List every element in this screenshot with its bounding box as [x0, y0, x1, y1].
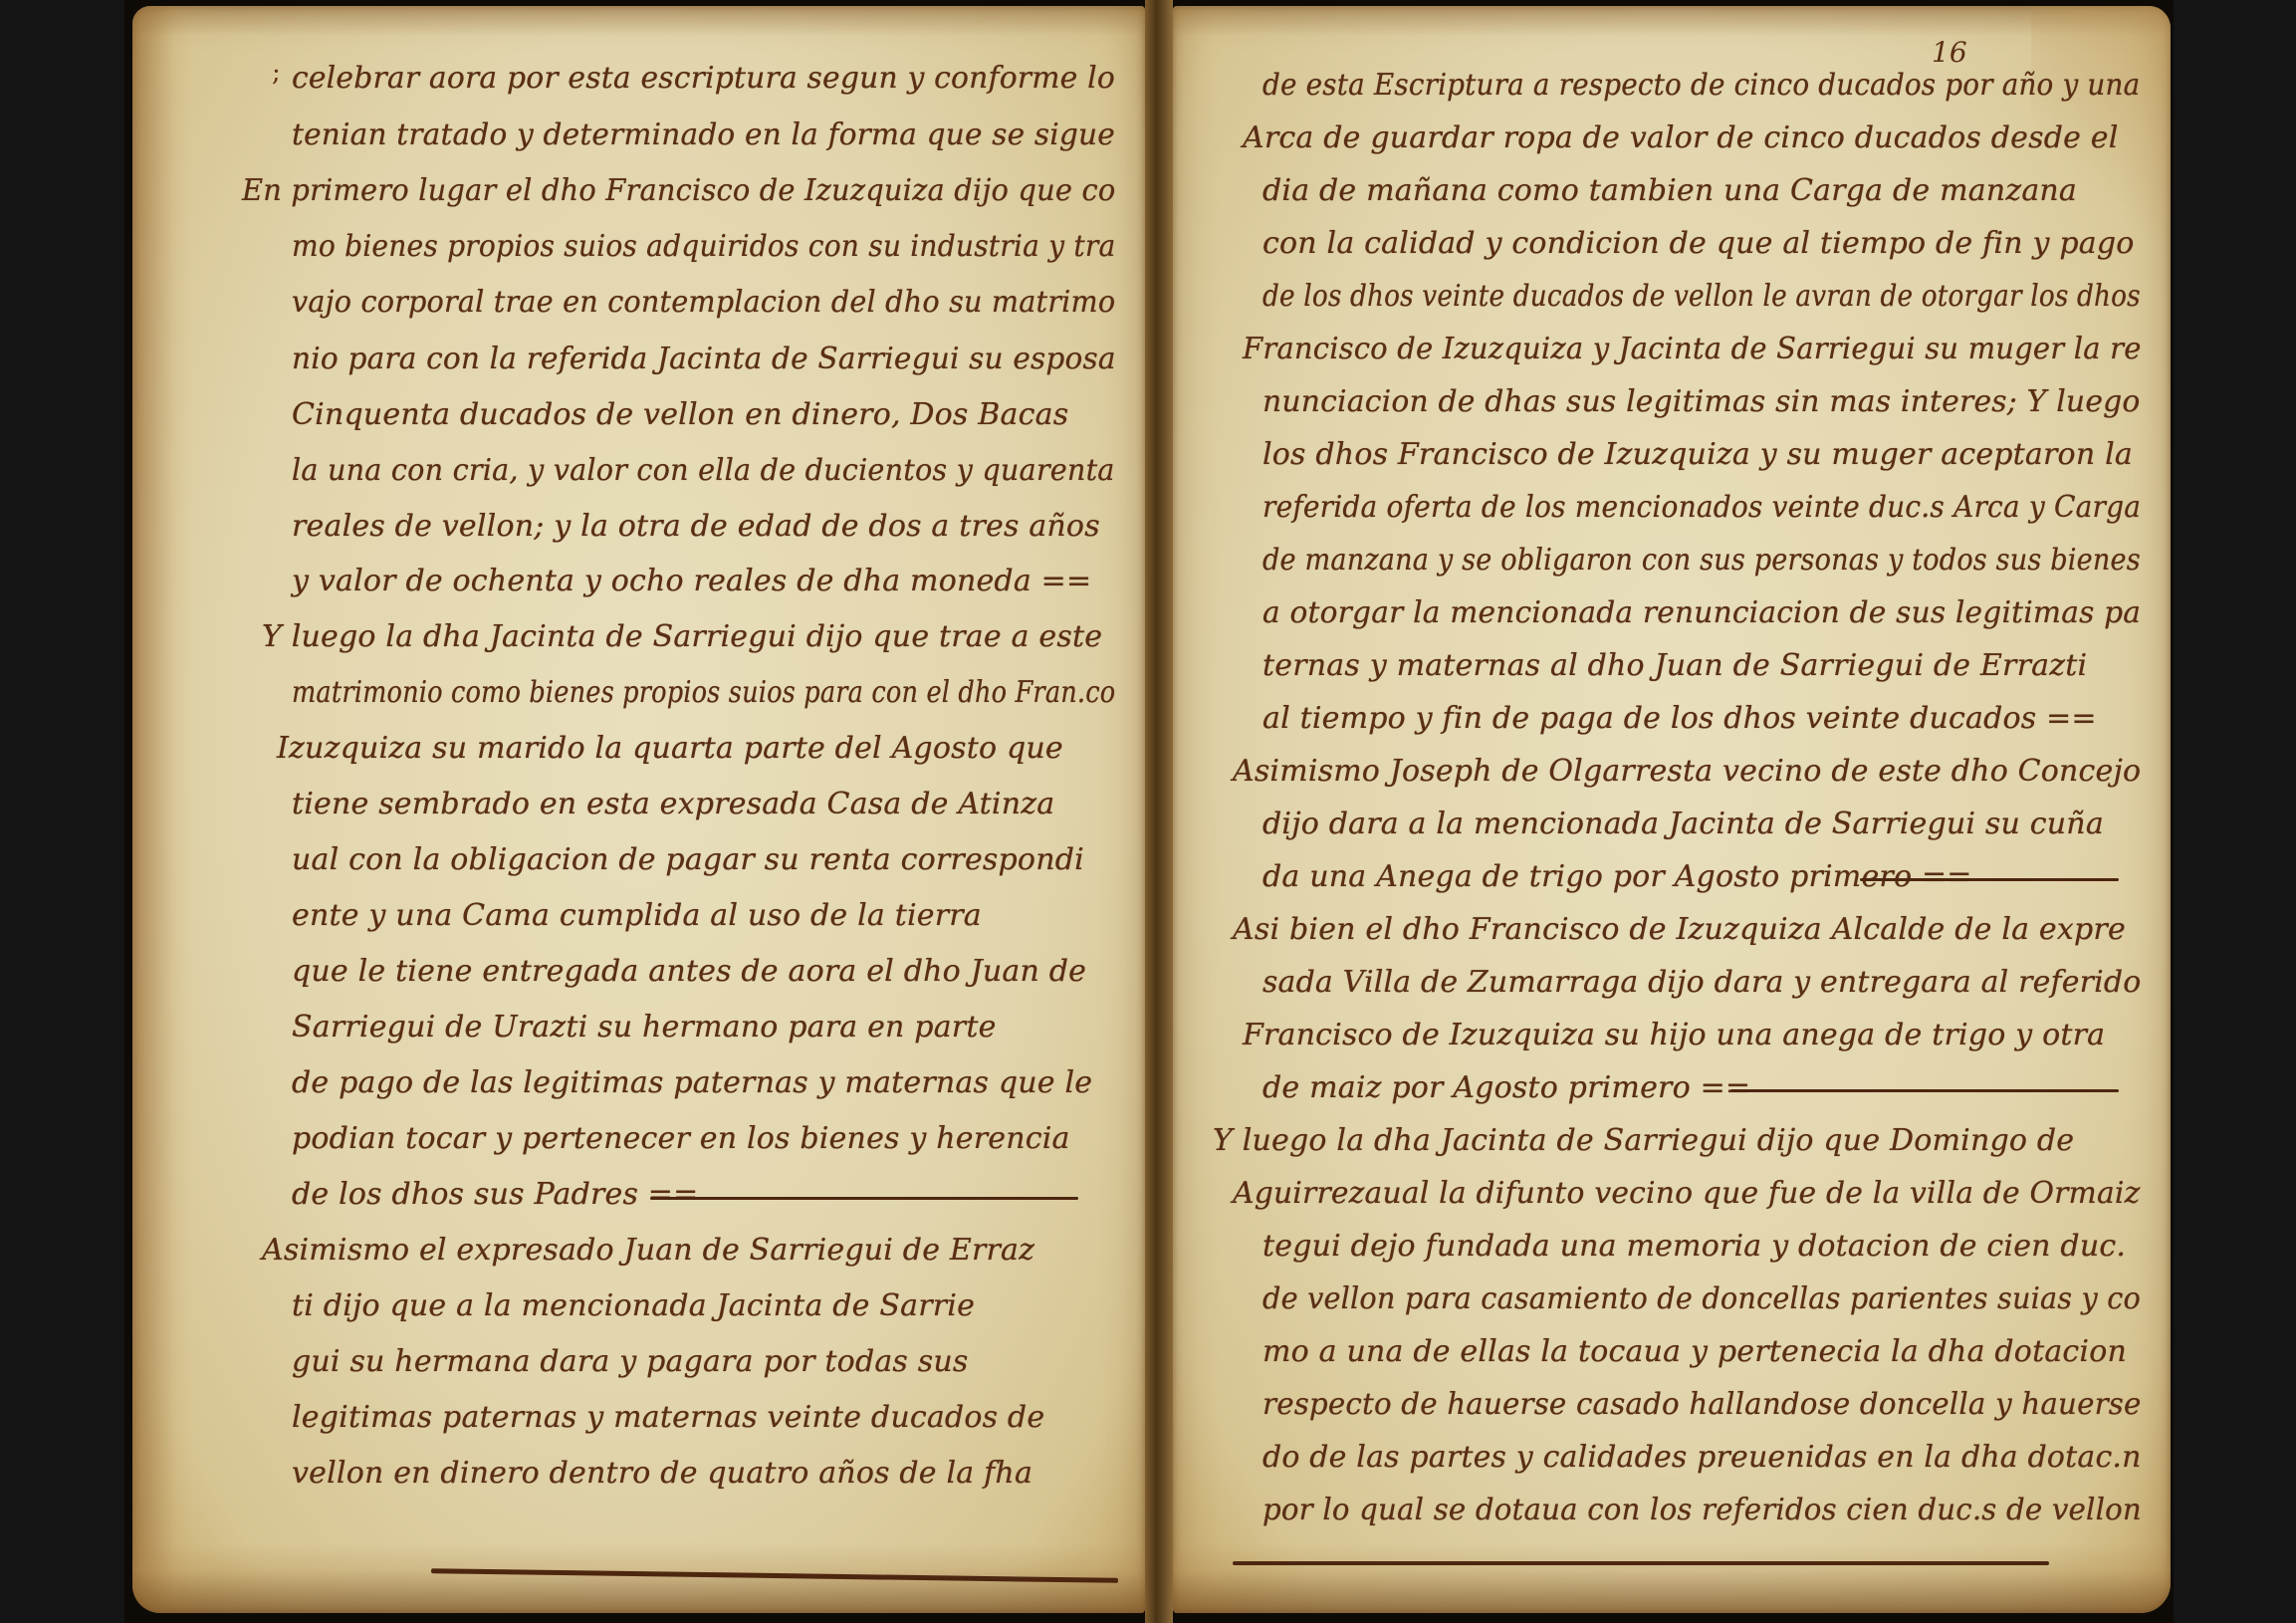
line-filler-rule — [1860, 878, 2119, 881]
text-line: vellon en dinero dentro de quatro años d… — [292, 1456, 1033, 1491]
text-line: matrimonio como bienes propios suios par… — [292, 675, 1115, 710]
text-line: nio para con la referida Jacinta de Sarr… — [292, 342, 1116, 376]
text-line: Francisco de Izuzquiza y Jacinta de Sarr… — [1243, 332, 2142, 366]
text-line: la una con cria, y valor con ella de duc… — [292, 453, 1115, 488]
text-line: ternas y maternas al dho Juan de Sarrieg… — [1263, 648, 2087, 683]
text-line: de manzana y se obligaron con sus person… — [1263, 543, 2141, 578]
text-line: de pago de las legitimas paternas y mate… — [292, 1065, 1092, 1100]
text-line: Cinquenta ducados de vellon en dinero, D… — [292, 397, 1068, 432]
text-line: Sarriegui de Urazti su hermano para en p… — [292, 1010, 997, 1044]
right-page: 16 de esta Escriptura a respecto de cinc… — [1173, 6, 2171, 1613]
text-line: sada Villa de Zumarraga dijo dara y entr… — [1263, 965, 2141, 1000]
line-filler-rule — [1730, 1089, 2119, 1092]
text-line: de esta Escriptura a respecto de cinco d… — [1263, 68, 2140, 103]
text-line: celebrar aora por esta escriptura segun … — [292, 61, 1115, 96]
text-line: Asimismo el expresado Juan de Sarriegui … — [262, 1233, 1034, 1268]
text-line: de maiz por Agosto primero == — [1263, 1070, 1750, 1105]
text-line: Y luego la dha Jacinta de Sarriegui dijo… — [262, 619, 1102, 654]
manuscript-spread: ; celebrar aora por esta escriptura segu… — [124, 0, 2174, 1623]
page-number: 16 — [1932, 36, 1967, 69]
text-line: dijo dara a la mencionada Jacinta de Sar… — [1263, 807, 2104, 841]
text-line: da una Anega de trigo por Agosto primero… — [1263, 859, 1972, 894]
right-page-text: 16 de esta Escriptura a respecto de cinc… — [1173, 6, 2171, 1613]
text-line: respecto de hauerse casado hallandose do… — [1263, 1387, 2142, 1422]
text-line: al tiempo y fin de paga de los dhos vein… — [1263, 701, 2097, 736]
text-line: referida oferta de los mencionados veint… — [1263, 490, 2141, 525]
text-line: y valor de ochenta y ocho reales de dha … — [292, 564, 1091, 598]
closing-rule — [1233, 1561, 2049, 1565]
text-line: tenian tratado y determinado en la forma… — [292, 117, 1115, 152]
text-line: Asi bien el dho Francisco de Izuzquiza A… — [1233, 912, 2126, 947]
text-line: Aguirrezaual la difunto vecino que fue d… — [1233, 1176, 2140, 1211]
text-line: con la calidad y condicion de que al tie… — [1263, 226, 2135, 261]
closing-rule — [431, 1568, 1118, 1583]
text-line: Asimismo Joseph de Olgarresta vecino de … — [1233, 754, 2141, 789]
text-line: legitimas paternas y maternas veinte duc… — [292, 1400, 1044, 1435]
document-viewer: ; celebrar aora por esta escriptura segu… — [0, 0, 2296, 1623]
text-line: que le tiene entregada antes de aora el … — [292, 954, 1086, 989]
text-line: dia de mañana como tambien una Carga de … — [1263, 173, 2077, 208]
text-line: de los dhos sus Padres == — [292, 1177, 698, 1212]
text-line: podian tocar y pertenecer en los bienes … — [292, 1121, 1070, 1156]
text-line: Izuzquiza su marido la quarta parte del … — [277, 731, 1063, 766]
text-line: vajo corporal trae en contemplacion del … — [292, 285, 1115, 320]
text-line: los dhos Francisco de Izuzquiza y su mug… — [1263, 437, 2133, 472]
text-line: ente y una Cama cumplida al uso de la ti… — [292, 898, 982, 933]
text-line: gui su hermana dara y pagara por todas s… — [292, 1344, 968, 1379]
text-line: de vellon para casamiento de doncellas p… — [1263, 1281, 2141, 1316]
line-filler-rule — [650, 1197, 1078, 1200]
text-line: do de las partes y calidades preuenidas … — [1263, 1440, 2142, 1475]
left-page: ; celebrar aora por esta escriptura segu… — [132, 6, 1145, 1613]
text-line: mo bienes propios suios adquiridos con s… — [292, 229, 1115, 264]
text-line: Francisco de Izuzquiza su hijo una anega… — [1243, 1018, 2105, 1052]
text-line: ual con la obligacion de pagar su renta … — [292, 842, 1084, 877]
text-line: por lo qual se dotaua con los referidos … — [1263, 1493, 2142, 1527]
text-line: nunciacion de dhas sus legitimas sin mas… — [1263, 384, 2141, 419]
text-line: Arca de guardar ropa de valor de cinco d… — [1243, 120, 2119, 155]
text-line: mo a una de ellas la tocaua y pertenecia… — [1263, 1334, 2127, 1369]
text-line: de los dhos veinte ducados de vellon le … — [1263, 279, 2141, 314]
text-line: En primero lugar el dho Francisco de Izu… — [242, 173, 1115, 208]
book-gutter — [1145, 0, 1173, 1623]
text-line: ti dijo que a la mencionada Jacinta de S… — [292, 1288, 975, 1323]
text-line: reales de vellon; y la otra de edad de d… — [292, 509, 1100, 544]
text-line: tegui dejo fundada una memoria y dotacio… — [1263, 1229, 2126, 1264]
text-line: tiene sembrado en esta expresada Casa de… — [292, 787, 1054, 821]
margin-mark: ; — [272, 58, 281, 88]
left-page-text: ; celebrar aora por esta escriptura segu… — [132, 6, 1145, 1613]
text-line: Y luego la dha Jacinta de Sarriegui dijo… — [1213, 1123, 2074, 1158]
text-line: a otorgar la mencionada renunciacion de … — [1263, 595, 2141, 630]
